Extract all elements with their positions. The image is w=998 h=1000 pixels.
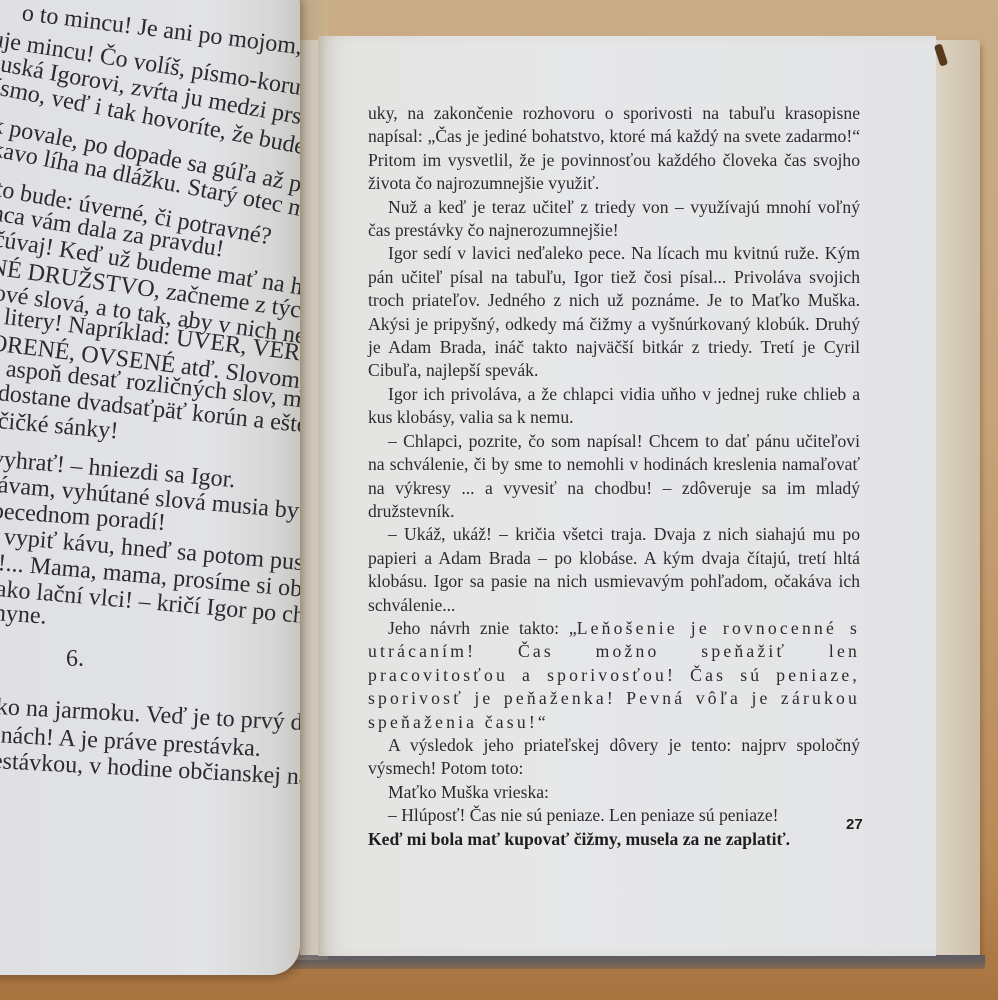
paragraph: Nuž a keď je teraz učiteľ z triedy von –…	[368, 196, 860, 243]
left-page-text: o to mincu! Je ani po mojom, preto súhla…	[0, 0, 300, 980]
bold-line: Keď mi bola mať kupovať čižmy, musela za…	[368, 828, 860, 851]
paragraph: Igor ich privoláva, a že chlapci vidia u…	[368, 383, 860, 430]
book-photo: uky, na zakončenie rozhovoru o sporivost…	[0, 0, 998, 1000]
quote-intro: Jeho návrh znie takto: „	[388, 618, 577, 638]
right-page-text: uky, na zakončenie rozhovoru o sporivost…	[368, 102, 860, 851]
paragraph: A výsledok jeho priateľskej dôvery je te…	[368, 734, 860, 781]
text-line: hyne.	[0, 600, 47, 631]
chapter-number: 6.	[66, 646, 84, 673]
quote-paragraph: Jeho návrh znie takto: „Leňošenie je rov…	[368, 617, 860, 734]
page-number: 27	[846, 816, 863, 833]
paragraph: Maťko Muška vrieska:	[368, 781, 860, 804]
book-cover-bottom-edge	[285, 955, 985, 969]
quote-close: “	[538, 712, 546, 732]
paragraph: Igor sedí v lavici neďaleko pece. Na líc…	[368, 242, 860, 382]
dialogue-paragraph: – Chlapci, pozrite, čo som napísal! Chce…	[368, 430, 860, 524]
dialogue-paragraph: – Ukáž, ukáž! – kričia všetci traja. Dva…	[368, 523, 860, 617]
paragraph: uky, na zakončenie rozhovoru o sporivost…	[368, 102, 860, 196]
dialogue-paragraph: – Hlúposť! Čas nie sú peniaze. Len penia…	[368, 804, 860, 827]
